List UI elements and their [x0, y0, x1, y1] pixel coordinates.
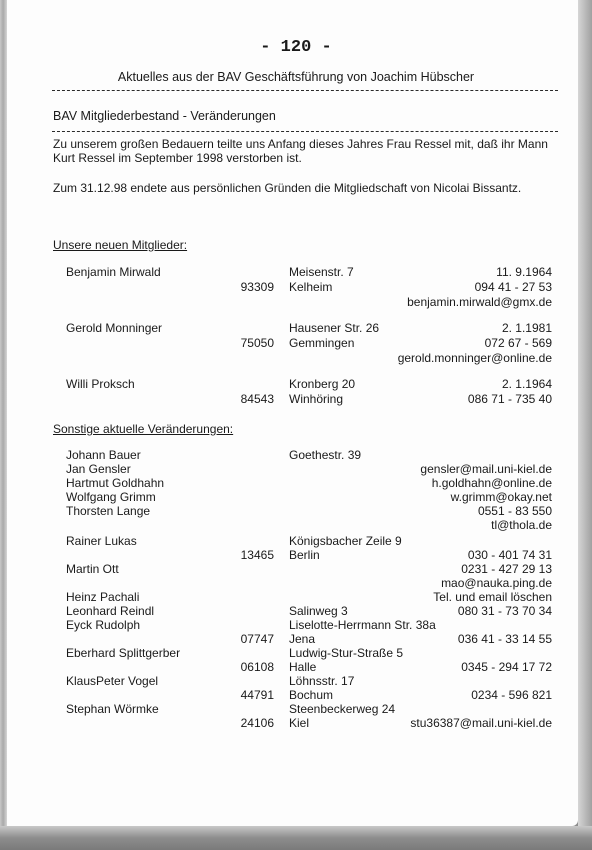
change-address: Ludwig-Stur-Straße 5 [289, 646, 403, 660]
change-postal-code: 24106 [200, 716, 274, 730]
changes-heading: Sonstige aktuelle Veränderungen: [53, 422, 233, 436]
member-postal-code: 93309 [200, 280, 274, 294]
change-address: Halle [289, 660, 316, 674]
member-email: benjamin.mirwald@gmx.de [407, 295, 552, 309]
change-address: Liselotte-Herrmann Str. 38a [289, 618, 436, 632]
change-name: KlausPeter Vogel [66, 674, 158, 688]
member-street: Meisenstr. 7 [289, 265, 354, 279]
scanned-page: - 120 - Aktuelles aus der BAV Geschäftsf… [0, 0, 578, 826]
change-address: Bochum [289, 688, 333, 702]
change-name: Wolfgang Grimm [66, 490, 156, 504]
change-address: Königsbacher Zeile 9 [289, 534, 402, 548]
change-name: Stephan Wörmke [66, 702, 159, 716]
header-title: Aktuelles aus der BAV Geschäftsführung v… [0, 70, 578, 84]
change-contact: 030 - 401 74 31 [468, 548, 552, 562]
change-name: Eberhard Splittgerber [66, 646, 180, 660]
change-name: Leonhard Reindl [66, 604, 154, 618]
member-email: gerold.monninger@online.de [398, 351, 552, 365]
change-name: Thorsten Lange [66, 504, 150, 518]
change-address: Jena [289, 632, 315, 646]
change-contact: gensler@mail.uni-kiel.de [420, 462, 552, 476]
member-city: Winhöring [289, 392, 343, 406]
scanner-shadow-bottom [0, 826, 592, 850]
change-contact: 080 31 - 73 70 34 [458, 604, 552, 618]
member-postal-code: 75050 [200, 336, 274, 350]
change-address: Salinweg 3 [289, 604, 348, 618]
member-birthdate: 2. 1.1964 [502, 377, 552, 391]
change-contact: 0345 - 294 17 72 [461, 660, 552, 674]
member-postal-code: 84543 [200, 392, 274, 406]
divider [52, 131, 558, 132]
page-number: - 120 - [0, 38, 578, 57]
change-address: Löhnsstr. 17 [289, 674, 354, 688]
change-address: Steenbeckerweg 24 [289, 702, 395, 716]
change-name: Hartmut Goldhahn [66, 476, 164, 490]
member-phone: 086 71 - 735 40 [468, 392, 552, 406]
page-binding-edge [0, 0, 7, 826]
change-name: Jan Gensler [66, 462, 131, 476]
change-address: Berlin [289, 548, 320, 562]
member-street: Hausener Str. 26 [289, 321, 379, 335]
change-address: Kiel [289, 716, 309, 730]
member-phone: 094 41 - 27 53 [475, 280, 552, 294]
member-name: Benjamin Mirwald [66, 265, 161, 279]
change-name: Eyck Rudolph [66, 618, 140, 632]
change-contact: 036 41 - 33 14 55 [458, 632, 552, 646]
new-members-heading: Unsere neuen Mitglieder: [53, 238, 187, 252]
change-contact: 0551 - 83 550 [478, 504, 552, 518]
notice-line: Zum 31.12.98 endete aus persönlichen Grü… [53, 181, 521, 195]
change-postal-code: 13465 [200, 548, 274, 562]
change-postal-code: 06108 [200, 660, 274, 674]
notice-line: Zu unserem großen Bedauern teilte uns An… [53, 137, 548, 151]
change-name: Heinz Pachali [66, 590, 139, 604]
member-name: Gerold Monninger [66, 321, 162, 335]
member-birthdate: 2. 1.1981 [502, 321, 552, 335]
notice-line: Kurt Ressel im September 1998 verstorben… [53, 151, 302, 165]
scanner-shadow-right [578, 0, 592, 850]
divider [52, 90, 558, 91]
member-city: Kelheim [289, 280, 332, 294]
change-contact: 0234 - 596 821 [471, 688, 552, 702]
change-contact: stu36387@mail.uni-kiel.de [410, 716, 552, 730]
member-phone: 072 67 - 569 [485, 336, 552, 350]
change-name: Johann Bauer [66, 448, 141, 462]
change-postal-code: 44791 [200, 688, 274, 702]
change-contact: 0231 - 427 29 13 [461, 562, 552, 576]
change-contact: Tel. und email löschen [433, 590, 552, 604]
member-birthdate: 11. 9.1964 [496, 265, 552, 279]
change-contact: w.grimm@okay.net [451, 490, 552, 504]
member-street: Kronberg 20 [289, 377, 355, 391]
change-contact: h.goldhahn@online.de [432, 476, 552, 490]
member-city: Gemmingen [289, 336, 354, 350]
change-name: Martin Ott [66, 562, 119, 576]
change-postal-code: 07747 [200, 632, 274, 646]
change-contact: tl@thola.de [491, 518, 552, 532]
change-address: Goethestr. 39 [289, 448, 361, 462]
change-contact: mao@nauka.ping.de [441, 576, 552, 590]
section-title: BAV Mitgliederbestand - Veränderungen [53, 109, 276, 123]
change-name: Rainer Lukas [66, 534, 137, 548]
member-name: Willi Proksch [66, 377, 135, 391]
